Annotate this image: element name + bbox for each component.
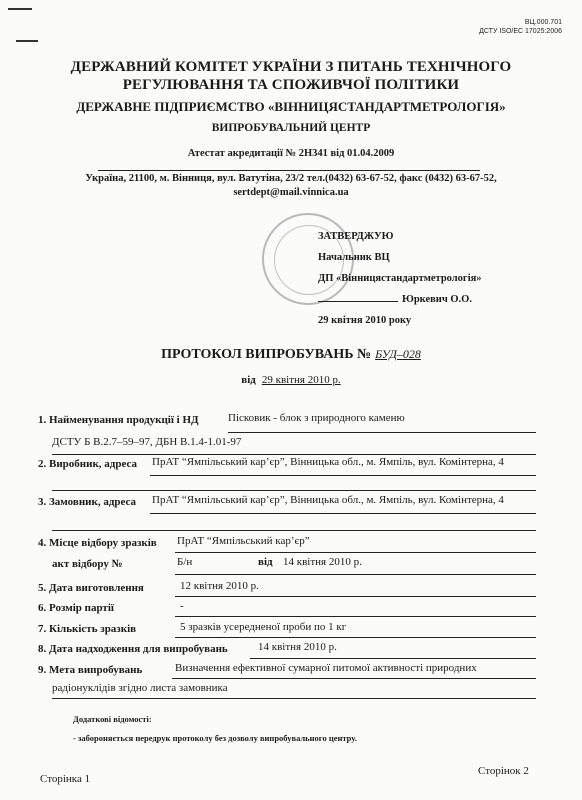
- page-count: Сторінок 2: [478, 765, 529, 777]
- page-number: Сторінка 1: [40, 773, 90, 785]
- field-manufacture-date: 5. Дата виготовлення: [38, 582, 144, 594]
- field-line: [52, 490, 536, 491]
- field-batch-size: 6. Розмір партії: [38, 602, 114, 614]
- address-line: Україна, 21100, м. Вінниця, вул. Ватутін…: [0, 172, 582, 186]
- field-receipt-date: 8. Дата надходження для випробувань: [38, 643, 228, 655]
- field-line: [250, 658, 536, 659]
- field-label: 7. Кількість зразків: [38, 623, 136, 635]
- standard-text: ДСТУ ISO/EC 17025:2006: [479, 27, 562, 36]
- field-line: [175, 552, 536, 553]
- field-value: Пісковик - блок з природного каменю: [228, 412, 405, 424]
- address-block: Україна, 21100, м. Вінниця, вул. Ватутін…: [0, 172, 582, 200]
- act-from: від: [258, 556, 273, 568]
- accreditation-line: Атестат акредитації № 2Н341 від 01.04.20…: [0, 148, 582, 159]
- field-value: 14 квітня 2010 р.: [258, 641, 337, 653]
- field-value: 12 квітня 2010 р.: [180, 580, 259, 592]
- scan-mark: [16, 40, 38, 42]
- committee-line-2: РЕГУЛЮВАННЯ ТА СПОЖИВЧОЇ ПОЛІТИКИ: [0, 76, 582, 94]
- field-line: [172, 678, 536, 679]
- field-line: [175, 596, 536, 597]
- field-line: [52, 698, 536, 699]
- field-label: 6. Розмір партії: [38, 602, 114, 614]
- header-divider: [98, 170, 480, 171]
- field-act-label: акт відбору №: [52, 558, 123, 570]
- field-line: [52, 530, 536, 531]
- committee-heading: ДЕРЖАВНИЙ КОМІТЕТ УКРАЇНИ З ПИТАНЬ ТЕХНІ…: [0, 58, 582, 94]
- field-customer: 3. Замовник, адреса: [38, 496, 136, 508]
- approve-label: ЗАТВЕРДЖУЮ: [318, 226, 482, 247]
- approver-name: Юркевич О.О.: [402, 294, 472, 305]
- field-label: 3. Замовник, адреса: [38, 496, 136, 508]
- field-sampling-place: 4. Місце відбору зразків: [38, 537, 157, 549]
- field-line: [150, 513, 536, 514]
- field-label: 9. Мета випробувань: [38, 664, 142, 676]
- field-product: 1. Найменування продукції і НД: [38, 414, 199, 426]
- field-line: [175, 616, 536, 617]
- field-line: [175, 637, 536, 638]
- act-from-label: від: [258, 556, 273, 568]
- protocol-title: ПРОТОКОЛ ВИПРОБУВАНЬ №БУД–028: [0, 347, 582, 363]
- field-label: 8. Дата надходження для випробувань: [38, 643, 228, 655]
- date-label: від: [241, 374, 256, 386]
- protocol-title-text: ПРОТОКОЛ ВИПРОБУВАНЬ №: [161, 347, 371, 362]
- field-line: [175, 574, 536, 575]
- protocol-date: від29 квітня 2010 р.: [0, 374, 582, 386]
- field-label: 2. Виробник, адреса: [38, 458, 137, 470]
- date-value: 29 квітня 2010 р.: [262, 374, 341, 386]
- approver-position: Начальник ВЦ: [318, 247, 482, 268]
- act-number: Б/н: [177, 556, 192, 568]
- email: sertdept@mail.vinnica.ua: [0, 186, 582, 200]
- field-manufacturer: 2. Виробник, адреса: [38, 458, 137, 470]
- field-line: [228, 432, 536, 433]
- scan-mark: [8, 8, 32, 10]
- approval-date: 29 квітня 2010 року: [318, 310, 482, 331]
- act-date: 14 квітня 2010 р.: [283, 556, 362, 568]
- field-value: 5 зразків усередненої проби по 1 кг: [180, 621, 346, 633]
- field-label: 5. Дата виготовлення: [38, 582, 144, 594]
- field-value: ПрАТ “Ямпільський кар’єр”, Вінницька обл…: [152, 494, 504, 506]
- field-line: [52, 454, 536, 455]
- field-value: ПрАТ “Ямпільський кар’єр”, Вінницька обл…: [152, 456, 504, 468]
- field-value: -: [180, 600, 184, 612]
- protocol-number: БУД–028: [375, 347, 421, 361]
- center-heading: ВИПРОБУВАЛЬНИЙ ЦЕНТР: [0, 122, 582, 134]
- field-label: 4. Місце відбору зразків: [38, 537, 157, 549]
- field-test-purpose: 9. Мета випробувань: [38, 664, 142, 676]
- signature-line: [318, 301, 398, 302]
- additional-info-item: - забороняється передрук протоколу без д…: [73, 733, 357, 743]
- doc-code-text: ВЦ.000.701: [479, 18, 562, 27]
- enterprise-heading: ДЕРЖАВНЕ ПІДПРИЄМСТВО «ВІННИЦЯСТАНДАРТМЕ…: [0, 99, 582, 115]
- additional-info-heading: Додаткові відомості:: [73, 714, 152, 724]
- approval-block: ЗАТВЕРДЖУЮ Начальник ВЦ ДП «Вінницястанд…: [318, 226, 482, 331]
- field-value: Визначення ефективної сумарної питомої а…: [175, 662, 477, 674]
- approver-org: ДП «Вінницястандартметрологія»: [318, 268, 482, 289]
- field-value-cont: радіонуклідів згідно листа замовника: [52, 682, 228, 694]
- act-label: акт відбору №: [52, 558, 123, 570]
- committee-line-1: ДЕРЖАВНИЙ КОМІТЕТ УКРАЇНИ З ПИТАНЬ ТЕХНІ…: [0, 58, 582, 76]
- field-value-standards: ДСТУ Б В.2.7–59–97, ДБН В.1.4-1.01-97: [52, 436, 241, 448]
- field-sample-count: 7. Кількість зразків: [38, 623, 136, 635]
- field-line: [150, 475, 536, 476]
- document-code: ВЦ.000.701 ДСТУ ISO/EC 17025:2006: [479, 18, 562, 36]
- field-value: ПрАТ “Ямпільський кар’єр”: [177, 535, 310, 547]
- field-label: 1. Найменування продукції і НД: [38, 414, 199, 426]
